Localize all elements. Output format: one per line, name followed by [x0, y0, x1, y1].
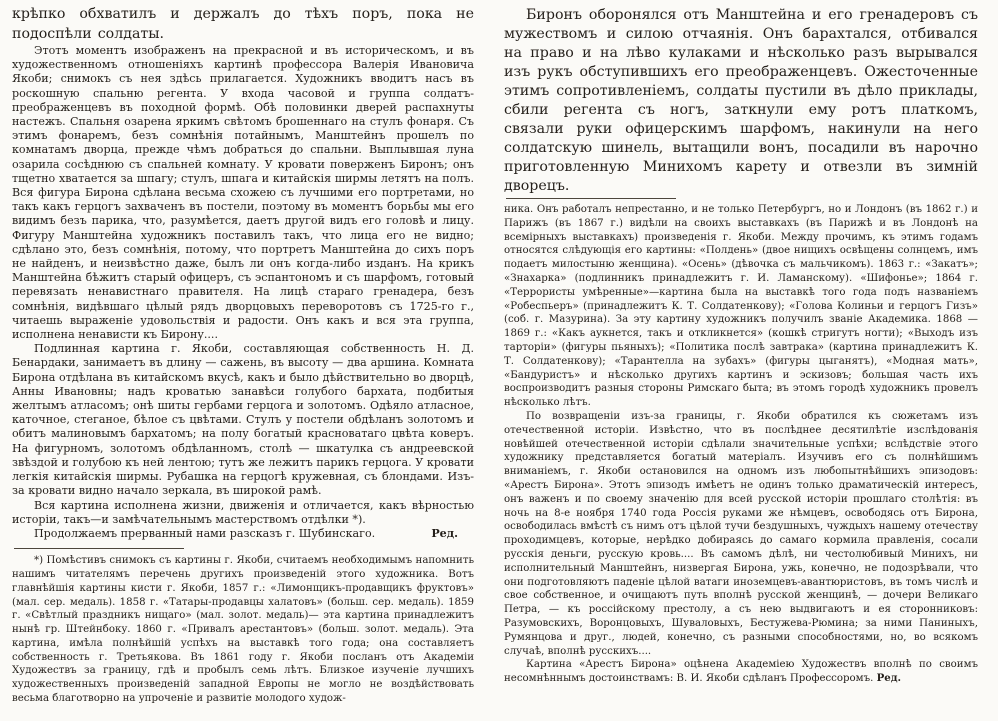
final-paragraph: Картина «Арестъ Бирона» оцѣнена Академіе… — [504, 658, 978, 686]
editor-signature: Ред. — [877, 672, 901, 684]
footnote-rule — [14, 548, 184, 549]
body-paragraph-1: Этотъ моментъ изображенъ на прекрасной и… — [12, 44, 474, 342]
footnote-continuation-rule — [506, 198, 676, 199]
footnote-continuation-paragraph-1: ника. Онъ работалъ непрестанно, и не тол… — [504, 203, 978, 410]
left-column: крѣпко обхватилъ и держалъ до тѣхъ поръ,… — [12, 4, 474, 721]
closing-line: Продолжаемъ прерванный нами разсказъ г. … — [12, 527, 474, 541]
body-paragraph-2: Подлинная картина г. Якоби, составляющая… — [12, 342, 474, 498]
editor-signature: Ред. — [431, 527, 458, 541]
lead-paragraph: Биронъ оборонялся отъ Манштейна и его гр… — [504, 6, 978, 196]
scanned-book-page: крѣпко обхватилъ и держалъ до тѣхъ поръ,… — [0, 0, 998, 721]
right-column: Биронъ оборонялся отъ Манштейна и его гр… — [504, 4, 978, 721]
body-paragraph-3: Вся картина исполнена жизни, движенія и … — [12, 499, 474, 527]
closing-text: Продолжаемъ прерванный нами разсказъ г. … — [34, 527, 375, 541]
footnote-text: *) Помѣстивъ снимокъ съ картины г. Якоби… — [12, 554, 474, 706]
footnote-continuation-paragraph-2: По возвращеніи изъ-за границы, г. Якоби … — [504, 410, 978, 658]
final-paragraph-text: Картина «Арестъ Бирона» оцѣнена Академіе… — [504, 659, 978, 684]
lead-continuation-paragraph: крѣпко обхватилъ и держалъ до тѣхъ поръ,… — [12, 4, 474, 44]
